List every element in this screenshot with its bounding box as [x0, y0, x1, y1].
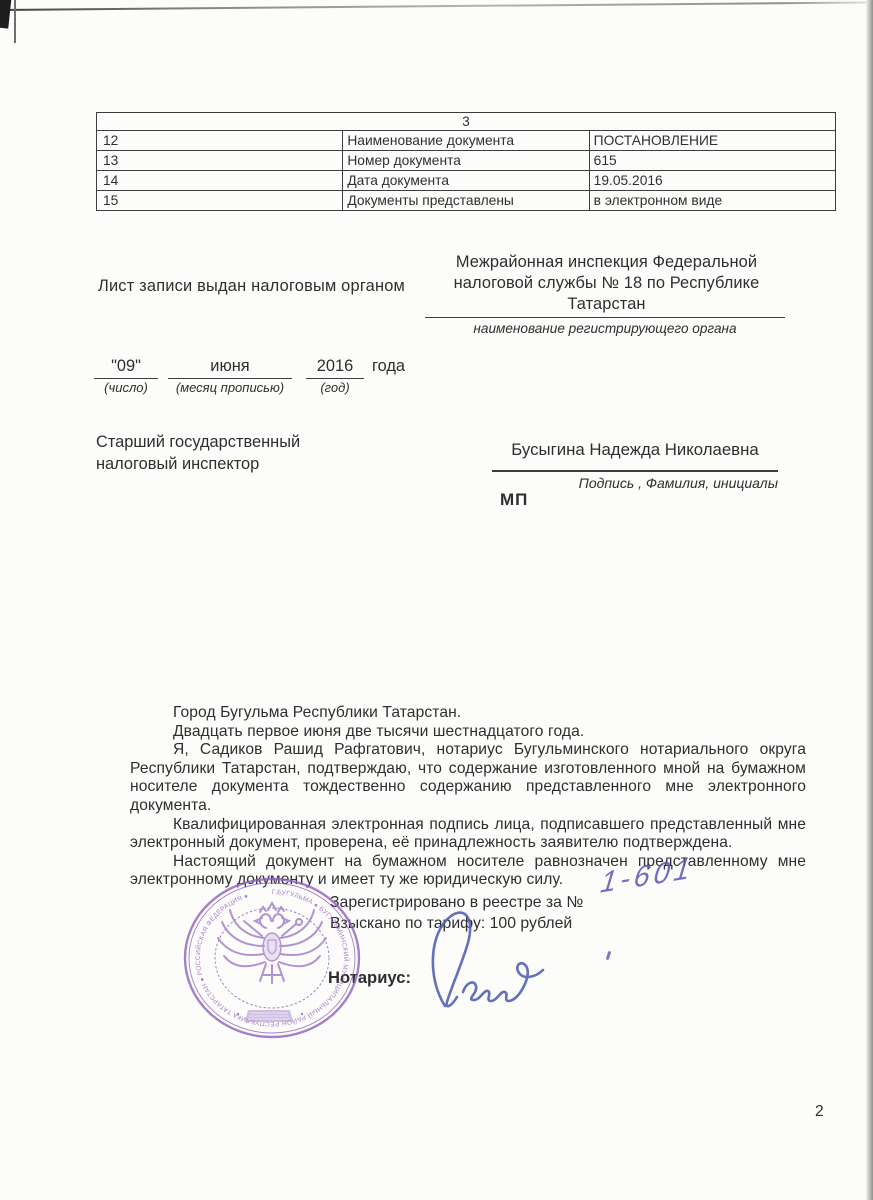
authority-caption: наименование регистрирующего органа: [425, 321, 785, 336]
registering-authority-name: Межрайонная инспекция Федеральной налого…: [428, 252, 785, 315]
signatory-position-line1: Старший государственный: [96, 432, 336, 454]
row-value: в электронном виде: [589, 191, 835, 211]
scan-artifact-left-line: [14, 0, 16, 43]
date-day-value: "09": [94, 357, 158, 379]
row-number: 14: [97, 171, 343, 191]
date-year-caption: (год): [306, 379, 364, 395]
date-year-field: 2016 (год): [306, 357, 364, 395]
ink-mark: [606, 951, 612, 960]
date-month-field: июня (месяц прописью): [168, 357, 292, 395]
row-value: 615: [589, 151, 835, 171]
seal-place-mark: МП: [500, 490, 528, 510]
notary-signature: [415, 902, 580, 1014]
row-label: Наименование документа: [343, 131, 589, 151]
table-row: 13 Номер документа 615: [97, 151, 836, 171]
notary-esignature-paragraph: Квалифицированная электронная подпись ли…: [130, 816, 806, 853]
page-number: 2: [815, 1103, 824, 1121]
row-label: Документы представлены: [343, 191, 589, 211]
table-header-row: 3: [97, 113, 836, 131]
double-headed-eagle-icon: [218, 903, 326, 983]
notary-certification-text: Город Бугульма Республики Татарстан. Два…: [130, 704, 806, 890]
table-row: 14 Дата документа 19.05.2016: [97, 171, 836, 191]
row-number: 15: [97, 191, 343, 211]
notary-identity-paragraph: Я, Садиков Рашид Рафгатович, нотариус Бу…: [130, 741, 806, 815]
signatory-name: Бусыгина Надежда Николаевна: [492, 440, 778, 472]
scan-artifact-corner-blob: [0, 0, 12, 29]
row-label: Дата документа: [343, 171, 589, 191]
scan-artifact-right-edge: [866, 0, 873, 1200]
notary-round-stamp: Г.БУГУЛЬМА ● БУГУЛЬМИНСКИЙ МУНИЦИПАЛЬНЫЙ…: [182, 876, 362, 1042]
document-attributes-table: 3 12 Наименование документа ПОСТАНОВЛЕНИ…: [96, 112, 836, 211]
date-day-field: "09" (число): [94, 357, 158, 395]
notary-city-line: Город Бугульма Республики Татарстан.: [130, 704, 806, 723]
signatory-block: Бусыгина Надежда Николаевна Подпись , Фа…: [492, 440, 778, 491]
date-month-value: июня: [168, 357, 292, 379]
row-number: 13: [97, 151, 343, 171]
table-row: 12 Наименование документа ПОСТАНОВЛЕНИЕ: [97, 131, 836, 151]
date-year-value: 2016: [306, 357, 364, 379]
authority-underline: [425, 317, 785, 318]
table-row: 15 Документы представлены в электронном …: [97, 191, 836, 211]
signatory-position-line2: налоговый инспектор: [96, 454, 336, 476]
issuance-lead-text: Лист записи выдан налоговым органом: [98, 277, 405, 296]
notary-date-line: Двадцать первое июня две тысячи шестнадц…: [130, 723, 806, 742]
scan-artifact-top-line: [0, 1, 866, 10]
date-year-suffix: года: [372, 357, 405, 376]
table-header-cell: 3: [97, 113, 836, 131]
row-number: 12: [97, 131, 343, 151]
row-value: ПОСТАНОВЛЕНИЕ: [589, 131, 835, 151]
date-day-caption: (число): [94, 379, 158, 395]
scanned-document-page: 3 12 Наименование документа ПОСТАНОВЛЕНИ…: [0, 0, 873, 1200]
row-value: 19.05.2016: [589, 171, 835, 191]
signature-caption: Подпись , Фамилия, инициалы: [492, 472, 778, 491]
signatory-position: Старший государственный налоговый инспек…: [96, 432, 336, 475]
date-month-caption: (месяц прописью): [168, 379, 292, 395]
row-label: Номер документа: [343, 151, 589, 171]
